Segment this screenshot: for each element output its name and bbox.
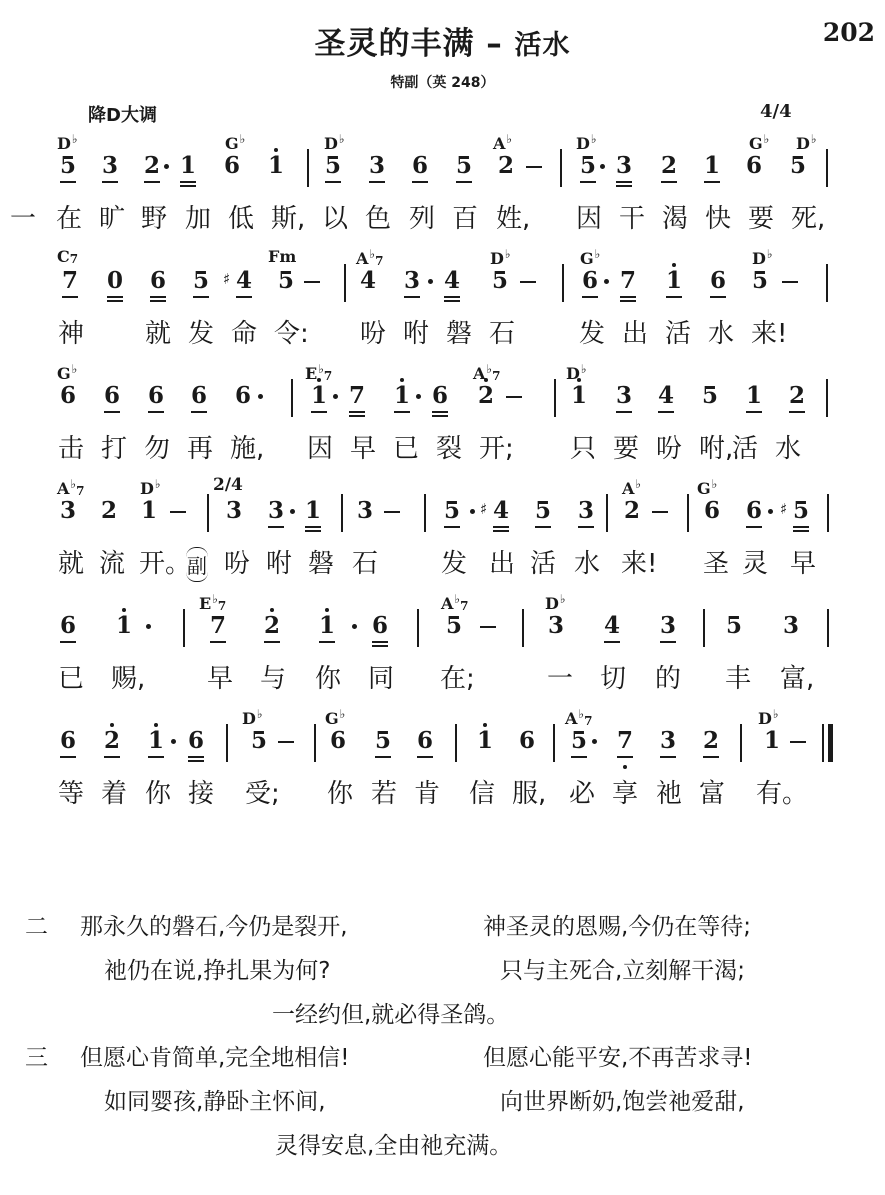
underline-eighth <box>580 181 596 183</box>
flat-sign: ♭ <box>257 707 263 721</box>
note: 5 <box>442 497 462 525</box>
note-number: 1 <box>477 727 493 754</box>
note: 3 <box>58 497 78 525</box>
chord-root: G <box>697 479 711 498</box>
key-signature: 降D大调 <box>88 101 157 127</box>
chord-root: G <box>749 134 763 153</box>
note-number: 5 <box>325 152 341 179</box>
note: 1 <box>303 497 323 525</box>
underline-eighth <box>604 641 620 643</box>
barline <box>183 609 185 647</box>
lyric-syllable: 磐 <box>446 319 472 349</box>
note-number: 7 <box>210 612 226 639</box>
lyric-syllable: 发 <box>579 319 605 349</box>
lyric-syllable: 裂 <box>436 434 462 464</box>
chord-extension: 7 <box>70 252 78 266</box>
underline-eighth <box>412 181 428 183</box>
underline-sixteenth <box>616 185 632 187</box>
note: 4 <box>656 382 676 410</box>
note: 7 <box>618 267 638 295</box>
chord-symbol: D♭ <box>796 132 817 153</box>
lyric-syllable: 击 <box>58 434 84 464</box>
chord-symbol: D♭ <box>576 132 597 153</box>
note: 5 <box>724 612 744 640</box>
note-number: 3 <box>102 152 118 179</box>
octave-up-dot <box>672 263 676 267</box>
underline-eighth <box>432 411 448 413</box>
octave-up-dot <box>577 378 581 382</box>
note: 3 <box>614 152 634 180</box>
sustain-dash <box>278 741 294 743</box>
chord-root: D <box>490 249 504 268</box>
note: 4 <box>358 267 378 295</box>
note: 1 <box>114 612 134 640</box>
lyric-syllable: 快 <box>705 204 731 234</box>
flat-sign: ♭ <box>240 132 246 146</box>
chord-symbol: A♭7 <box>565 707 592 728</box>
underline-eighth <box>325 181 341 183</box>
note-number: 6 <box>60 727 76 754</box>
lyric-syllable: 一 <box>547 664 573 694</box>
flat-sign: ♭ <box>581 362 587 376</box>
underline-sixteenth <box>444 300 460 302</box>
lyric-syllable: 野 <box>141 204 167 234</box>
barline <box>606 494 608 532</box>
augmentation-dot <box>604 279 609 284</box>
note: 2 <box>787 382 807 410</box>
verse-line: 但愿心能平安,不再苦求寻! <box>483 1043 753 1073</box>
underline-eighth <box>150 296 166 298</box>
octave-up-dot <box>484 378 488 382</box>
note-number: 1 <box>764 727 780 754</box>
barline <box>703 609 705 647</box>
lyric-syllable: 打 <box>101 434 127 464</box>
note: 6 <box>415 727 435 755</box>
underline-eighth <box>704 181 720 183</box>
barline <box>826 149 828 187</box>
note: 1 <box>762 727 782 755</box>
underline-eighth <box>102 181 118 183</box>
note: 1 <box>569 382 589 410</box>
final-barline-thick <box>828 724 833 762</box>
verse-number: 二 <box>25 912 48 942</box>
flat-sign: ♭ <box>635 477 641 491</box>
note: 5 <box>249 727 269 755</box>
underline-eighth <box>148 411 164 413</box>
lyric-syllable: 列 <box>409 204 435 234</box>
note-number: 5 <box>60 152 76 179</box>
underline-eighth <box>375 756 391 758</box>
note: 6 <box>148 267 168 295</box>
note: 3 <box>100 152 120 180</box>
note-number: 3 <box>616 382 632 409</box>
chord-root: D <box>758 709 772 728</box>
note: 3 <box>781 612 801 640</box>
underline-sixteenth <box>493 530 509 532</box>
barline <box>827 494 829 532</box>
note: 6 <box>186 727 206 755</box>
sustain-dash <box>170 511 186 513</box>
lyric-syllable: 早 <box>350 434 376 464</box>
underline-eighth <box>60 756 76 758</box>
underline-eighth <box>319 641 335 643</box>
lyric-syllable: 出 <box>622 319 648 349</box>
chord-symbol: A♭7 <box>441 592 468 613</box>
underline-eighth <box>394 411 410 413</box>
note-number: 4 <box>444 267 460 294</box>
note-number: 6 <box>417 727 433 754</box>
chord-extension: 7 <box>375 254 383 268</box>
note: 6 <box>708 267 728 295</box>
lyric-syllable: 切 <box>600 664 626 694</box>
chord-symbol: A♭ <box>622 477 641 498</box>
octave-down-dot <box>623 765 627 769</box>
note-number: 7 <box>620 267 636 294</box>
chord-symbol: G♭ <box>580 247 600 268</box>
underline-sixteenth <box>305 530 321 532</box>
barline <box>226 724 228 762</box>
note-number: 5 <box>444 497 460 524</box>
chord-extension: 7 <box>324 369 332 383</box>
underline-eighth <box>60 641 76 643</box>
chord-symbol: A♭7 <box>356 247 383 268</box>
chord-root: G <box>325 709 339 728</box>
note-number: 5 <box>535 497 551 524</box>
note: 1 <box>309 382 329 410</box>
underline-sixteenth <box>188 760 204 762</box>
lyric-syllable: 就 <box>145 319 171 349</box>
lyric-syllable: 因 <box>576 204 602 234</box>
music-row: A♭7D♭2/4A♭G♭321331354♯532665♯副就流开。吩咐磐石发出… <box>0 477 885 592</box>
barline <box>314 724 316 762</box>
chord-root: C <box>57 247 70 266</box>
chord-extension: 7 <box>218 599 226 613</box>
lyric-syllable: 富 <box>699 779 725 809</box>
chord-symbol: E♭7 <box>199 592 226 613</box>
note: 1 <box>178 152 198 180</box>
music-row: D♭G♭A♭7D♭621656561657321等着你接受;你若肯信服,必享祂富… <box>0 707 885 822</box>
octave-up-dot <box>270 608 274 612</box>
note: 6 <box>102 382 122 410</box>
note-number: 4 <box>493 497 509 524</box>
note: 1 <box>744 382 764 410</box>
lyric-syllable: 以 <box>322 204 348 234</box>
note: 3 <box>614 382 634 410</box>
chord-root: D <box>796 134 810 153</box>
lyric-syllable: 一 <box>10 204 36 234</box>
lyric-syllable: 活 <box>732 434 758 464</box>
augmentation-dot <box>171 739 176 744</box>
octave-up-dot <box>325 608 329 612</box>
note: 7 <box>347 382 367 410</box>
note: 2 <box>476 382 496 410</box>
verse-line: 神圣灵的恩赐,今仍在等待; <box>483 912 751 942</box>
hymn-title: 圣灵的丰满 – 活水 <box>0 18 885 63</box>
flat-sign: ♭ <box>591 132 597 146</box>
note-number: 7 <box>62 267 78 294</box>
note: 4 <box>602 612 622 640</box>
octave-up-dot <box>110 723 114 727</box>
note: 5 <box>788 152 808 180</box>
lyric-syllable: 活 <box>665 319 691 349</box>
barline <box>827 609 829 647</box>
lyric-syllable: 肯 <box>414 779 440 809</box>
note: 1 <box>139 497 159 525</box>
note: 2 <box>701 727 721 755</box>
flat-sign: ♭ <box>811 132 817 146</box>
note-number: 6 <box>191 382 207 409</box>
note-number: 5 <box>790 152 806 179</box>
note-number: 2 <box>264 612 280 639</box>
chord-symbol: G♭ <box>225 132 245 153</box>
note-number: 3 <box>783 612 799 639</box>
flat-sign: ♭ <box>339 132 345 146</box>
note-number: 4 <box>604 612 620 639</box>
barline <box>455 724 457 762</box>
lyric-syllable: 咐 <box>403 319 429 349</box>
lyric-syllable: 着 <box>101 779 127 809</box>
lyric-syllable: 咐, <box>699 434 733 464</box>
sharp-sign: ♯ <box>780 495 787 523</box>
lyric-syllable: 石 <box>489 319 515 349</box>
note: 6 <box>744 152 764 180</box>
note-number: 6 <box>746 497 762 524</box>
note-number: 5 <box>251 727 267 754</box>
music-row: E♭7A♭7D♭617216534353已赐,早与你同在;一切的丰富, <box>0 592 885 707</box>
note-number: 3 <box>660 612 676 639</box>
chord-symbol: D♭ <box>490 247 511 268</box>
note: 5 <box>444 612 464 640</box>
note-number: 6 <box>710 267 726 294</box>
flat-sign: ♭ <box>712 477 718 491</box>
verse-line: 那永久的磐石,今仍是裂开, <box>80 912 348 942</box>
underline-eighth <box>660 641 676 643</box>
note: 0 <box>105 267 125 295</box>
chord-root: E <box>305 364 317 383</box>
chord-root: D <box>242 709 256 728</box>
note: 2 <box>262 612 282 640</box>
note-number: 1 <box>704 152 720 179</box>
chord-symbol: A♭ <box>493 132 512 153</box>
note: 3 <box>224 497 244 525</box>
note: 1 <box>317 612 337 640</box>
note: 4♯ <box>234 267 254 295</box>
lyric-syllable: 因 <box>307 434 333 464</box>
chord-root: A <box>565 709 577 728</box>
underline-eighth <box>444 296 460 298</box>
music-row: G♭E♭7A♭7D♭6666617162134512击打勿再施,因早已裂开;只要… <box>0 362 885 477</box>
barline <box>687 494 689 532</box>
lyric-syllable: 斯, <box>271 204 305 234</box>
note: 5 <box>373 727 393 755</box>
note-number: 1 <box>148 727 164 754</box>
chord-symbol: G♭ <box>749 132 769 153</box>
chord-root: A <box>356 249 368 268</box>
sustain-dash <box>520 281 536 283</box>
chord-root: D <box>57 134 71 153</box>
note-number: 5 <box>580 152 596 179</box>
chord-extension: 7 <box>460 599 468 613</box>
note-number: 5 <box>375 727 391 754</box>
note-number: 3 <box>616 152 632 179</box>
note-number: 2 <box>144 152 160 179</box>
note-number: 1 <box>141 497 157 524</box>
note-number: 5 <box>492 267 508 294</box>
music-row: C7FmA♭7D♭G♭D♭70654♯5434567165神就发命令:吩咐磐石发… <box>0 247 885 362</box>
underline-eighth <box>107 296 123 298</box>
note: 6 <box>702 497 722 525</box>
note-number: 2 <box>104 727 120 754</box>
lyric-syllable: 吩 <box>656 434 682 464</box>
flat-sign: ♭ <box>72 132 78 146</box>
chord-symbol: D♭ <box>242 707 263 728</box>
note: 1 <box>392 382 412 410</box>
barline <box>344 264 346 302</box>
underline-eighth <box>666 296 682 298</box>
sharp-sign: ♯ <box>223 265 230 293</box>
note: 3 <box>658 727 678 755</box>
chord-symbol: G♭ <box>697 477 717 498</box>
underline-eighth <box>746 526 762 528</box>
note: 1 <box>702 152 722 180</box>
note: 6 <box>58 727 78 755</box>
note: 7 <box>615 727 635 755</box>
chord-root: A <box>622 479 634 498</box>
note: 7 <box>208 612 228 640</box>
lyric-syllable: 早 <box>790 549 816 579</box>
note-number: 6 <box>148 382 164 409</box>
sustain-dash <box>304 281 320 283</box>
underline-eighth <box>444 526 460 528</box>
underline-eighth <box>104 756 120 758</box>
lyric-syllable: 在 <box>56 204 82 234</box>
note: 6 <box>370 612 390 640</box>
note: 1 <box>266 152 286 180</box>
note-number: 1 <box>319 612 335 639</box>
hymn-title-sub: 活水 <box>515 30 571 61</box>
augmentation-dot <box>600 164 605 169</box>
augmentation-dot <box>428 279 433 284</box>
note: 6 <box>233 382 253 410</box>
lyric-syllable: 富, <box>780 664 814 694</box>
note-number: 5 <box>752 267 768 294</box>
lyric-syllable: 早 <box>207 664 233 694</box>
verse-number: 三 <box>25 1043 48 1073</box>
underline-eighth <box>710 296 726 298</box>
flat-sign: ♭ <box>72 362 78 376</box>
note-number: 2 <box>661 152 677 179</box>
lyric-syllable: 水 <box>775 434 801 464</box>
note: 6 <box>328 727 348 755</box>
underline-sixteenth <box>793 530 809 532</box>
lyric-syllable: 命 <box>231 319 257 349</box>
note-number: 6 <box>104 382 120 409</box>
underline-eighth <box>193 296 209 298</box>
lyric-syllable: 低 <box>228 204 254 234</box>
chord-root: G <box>225 134 239 153</box>
chord-root: G <box>57 364 71 383</box>
barline <box>424 494 426 532</box>
lyric-syllable: 的 <box>655 664 681 694</box>
lyric-syllable: 干 <box>619 204 645 234</box>
note-number: 3 <box>226 497 242 524</box>
octave-up-dot <box>122 608 126 612</box>
lyric-syllable: 勿 <box>144 434 170 464</box>
hymn-title-main: 圣灵的丰满 <box>314 26 474 62</box>
note-number: 1 <box>116 612 132 639</box>
lyric-syllable: 死, <box>791 204 825 234</box>
underline-eighth <box>236 296 252 298</box>
underline-eighth <box>617 756 633 758</box>
lyric-syllable: 你 <box>145 779 171 809</box>
lyric-syllable: 石 <box>352 549 378 579</box>
lyric-syllable: 令: <box>274 319 309 349</box>
note: 4♯ <box>491 497 511 525</box>
sustain-dash <box>480 626 496 628</box>
chord-extension: 7 <box>492 369 500 383</box>
note-number: 5 <box>571 727 587 754</box>
note-number: 5 <box>793 497 809 524</box>
note-number: 6 <box>150 267 166 294</box>
underline-sixteenth <box>150 300 166 302</box>
flat-sign: ♭ <box>506 132 512 146</box>
chord-symbol: C7 <box>57 247 78 266</box>
note: 6 <box>222 152 242 180</box>
note-number: 5 <box>702 382 718 409</box>
note-number: 3 <box>404 267 420 294</box>
note: 5♯ <box>791 497 811 525</box>
note-number: 4 <box>236 267 252 294</box>
barline <box>740 724 742 762</box>
sustain-dash <box>782 281 798 283</box>
note: 2 <box>142 152 162 180</box>
chord-symbol: D♭ <box>758 707 779 728</box>
chord-symbol: D♭ <box>545 592 566 613</box>
note-number: 7 <box>349 382 365 409</box>
verse-line: 灵得安息,全由祂充满。 <box>275 1131 512 1161</box>
note-number: 3 <box>357 497 373 524</box>
chord-symbol: G♭ <box>325 707 345 728</box>
augmentation-dot <box>290 509 295 514</box>
note-number: 1 <box>571 382 587 409</box>
sharp-sign: ♯ <box>480 495 487 523</box>
page-number: 202 <box>823 18 875 47</box>
note-number: 3 <box>369 152 385 179</box>
augmentation-dot <box>592 739 597 744</box>
note: 5 <box>578 152 598 180</box>
underline-eighth <box>658 411 674 413</box>
note-number: 5 <box>446 612 462 639</box>
lyric-syllable: 祂 <box>656 779 682 809</box>
underline-eighth <box>746 411 762 413</box>
note-number: 4 <box>658 382 674 409</box>
sustain-dash <box>790 741 806 743</box>
lyric-syllable: 只 <box>570 434 596 464</box>
chord-root: D <box>545 594 559 613</box>
hymn-subtitle: 特副（英 248） <box>0 72 885 92</box>
note-number: 1 <box>666 267 682 294</box>
sustain-dash <box>506 396 522 398</box>
barline <box>417 609 419 647</box>
note: 6 <box>744 497 764 525</box>
lyric-syllable: 水 <box>708 319 734 349</box>
note-number: 4 <box>360 267 376 294</box>
lyric-syllable: 姓, <box>496 204 530 234</box>
lyric-syllable: 出 <box>489 549 515 579</box>
time-signature: 4/4 <box>760 101 792 122</box>
note: 5 <box>454 152 474 180</box>
octave-up-dot <box>274 148 278 152</box>
